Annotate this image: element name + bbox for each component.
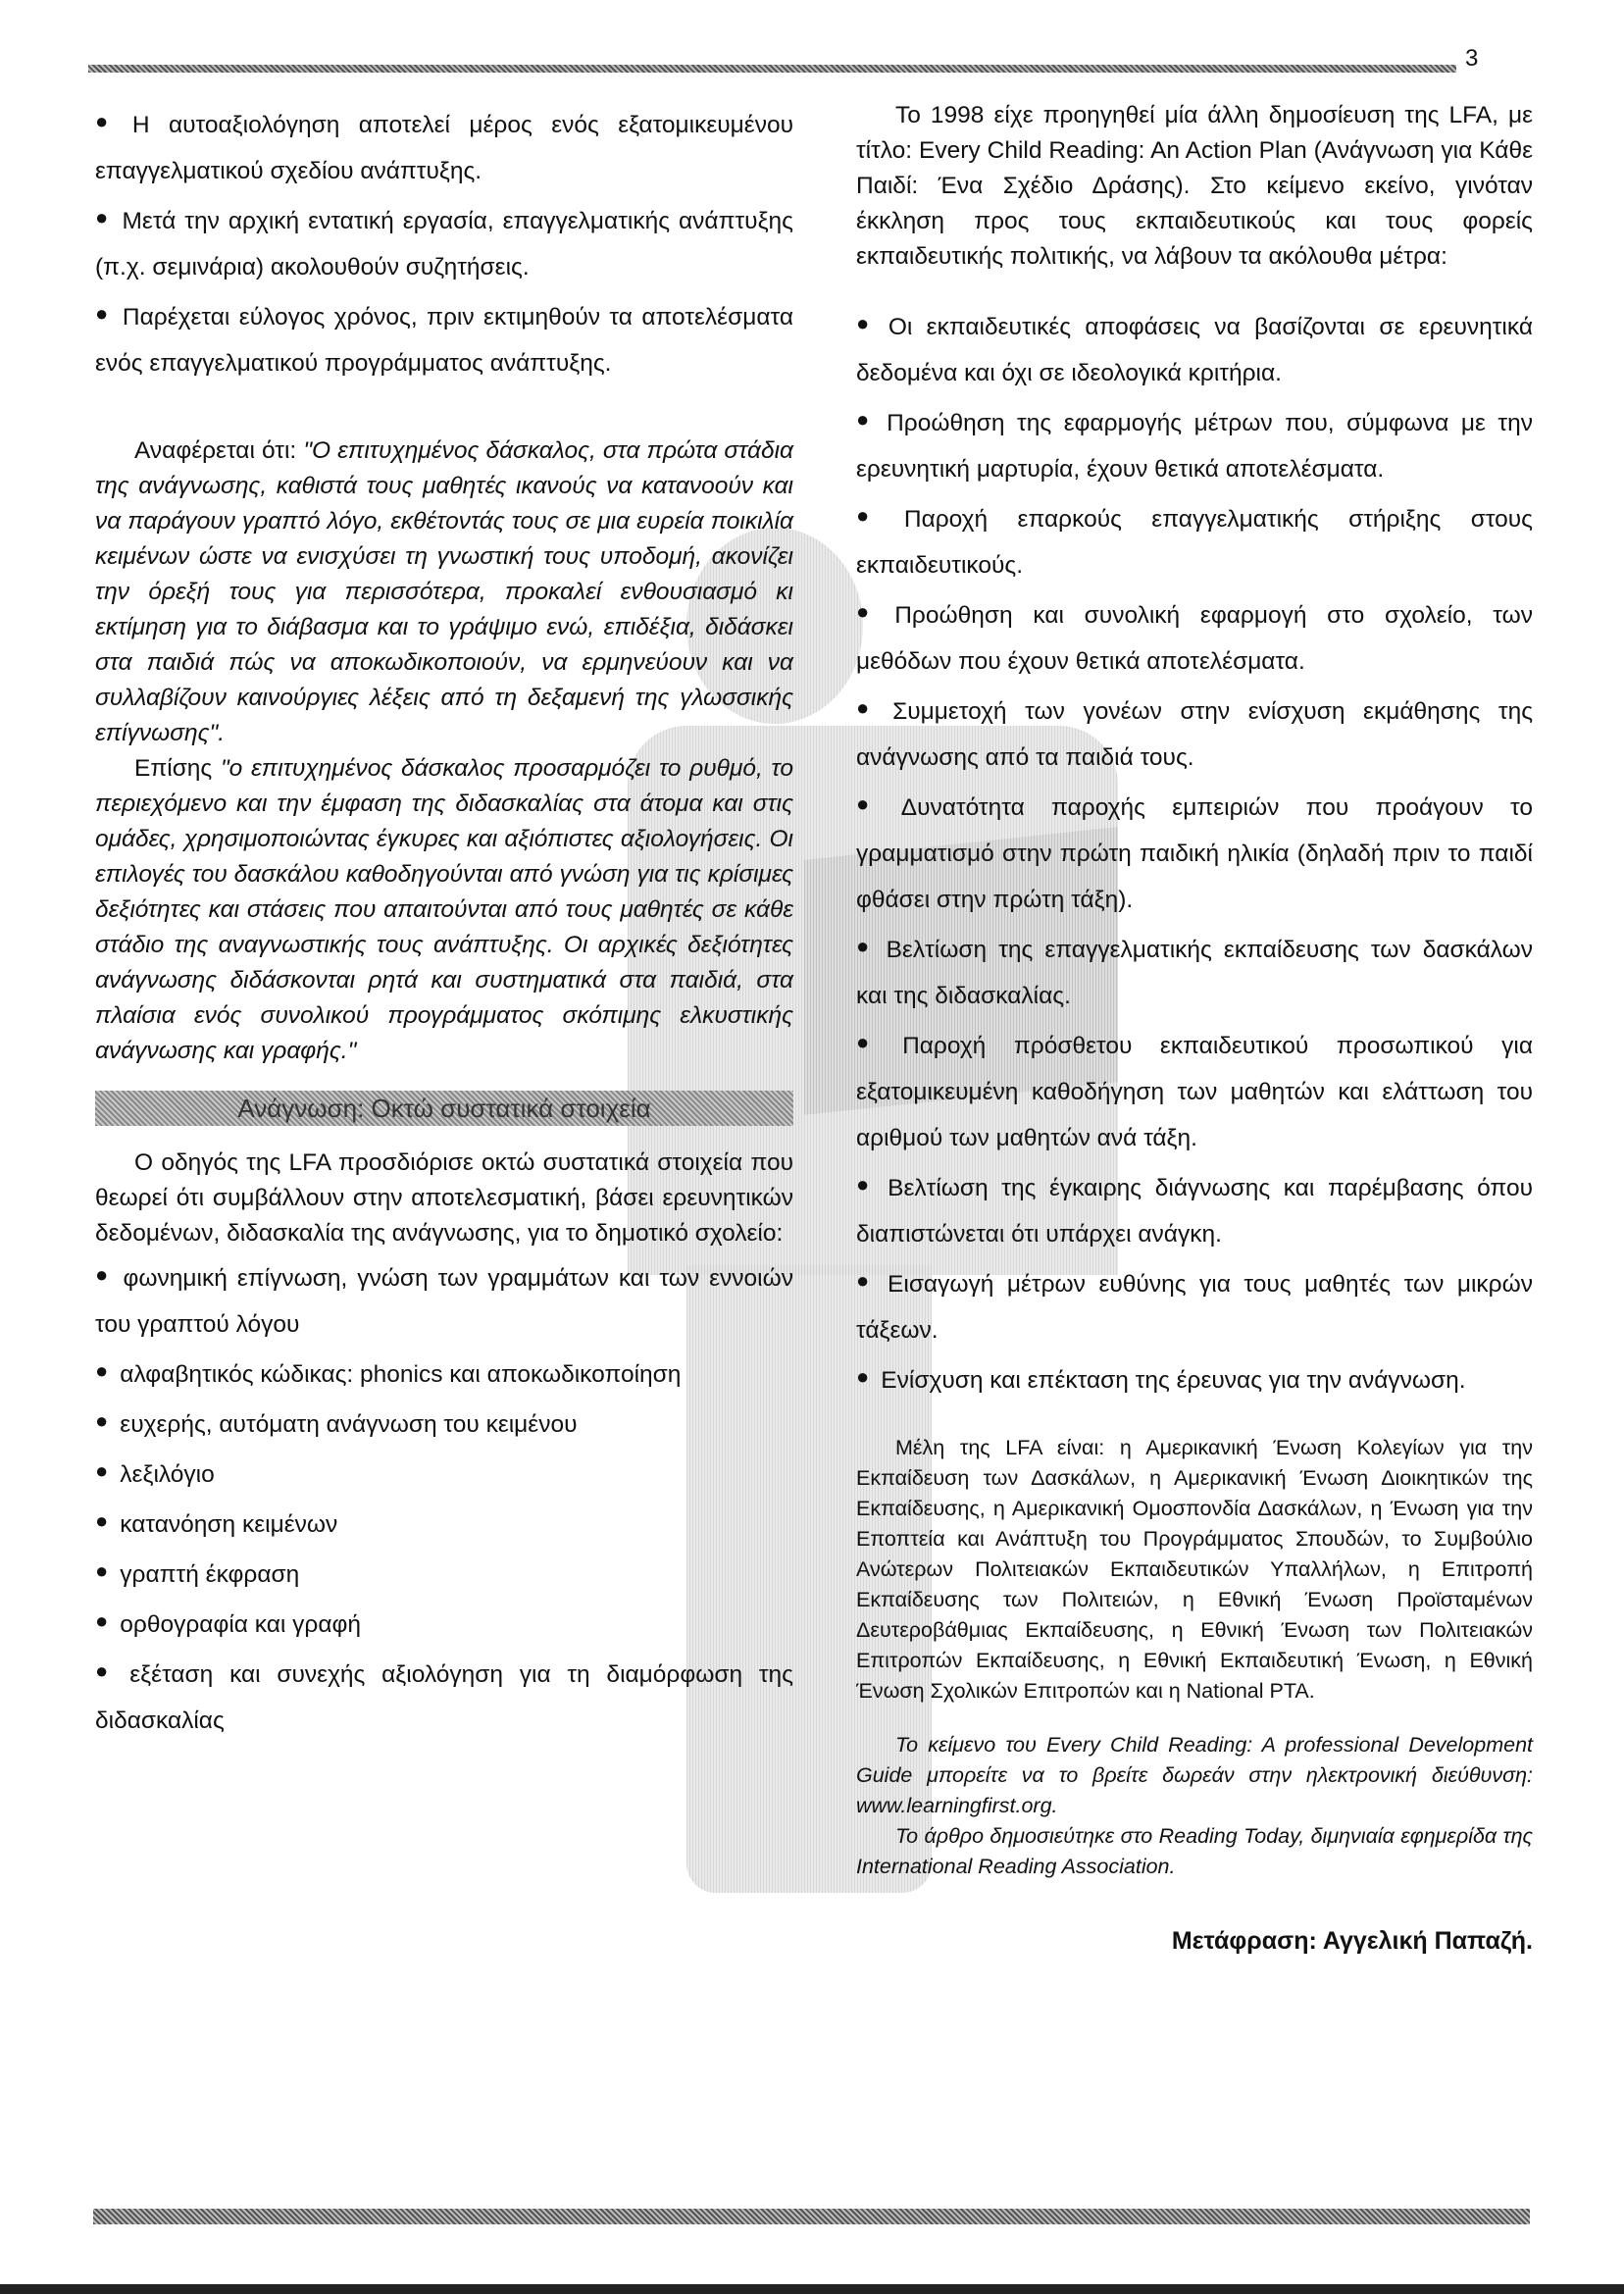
bullet-icon: ● <box>95 301 111 326</box>
quote-2-text: "ο επιτυχημένος δάσκαλος προσαρμόζει το … <box>95 755 793 1064</box>
list-item: ●Παροχή πρόσθετου εκπαιδευτικού προσωπικ… <box>856 1019 1533 1161</box>
list-item: ●αλφαβητικός κώδικας: phonics και αποκωδ… <box>95 1348 793 1398</box>
list-item: ●Προώθηση και συνολική εφαρμογή στο σχολ… <box>856 588 1533 685</box>
list-item: ●Μετά την αρχική εντατική εργασία, επαγγ… <box>95 194 793 290</box>
right-intro: Το 1998 είχε προηγηθεί μία άλλη δημοσίευ… <box>856 98 1533 275</box>
bullet-icon: ● <box>95 1358 108 1383</box>
list-item: ●Συμμετοχή των γονέων στην ενίσχυση εκμά… <box>856 685 1533 781</box>
bullet-icon: ● <box>856 599 883 624</box>
list-item-text: Δυνατότητα παροχής εμπειριών που προάγου… <box>856 794 1533 913</box>
quote-2-lead: Επίσης <box>134 755 221 782</box>
bullet-icon: ● <box>95 205 110 229</box>
left-column: ●Η αυτοαξιολόγηση αποτελεί μέρος ενός εξ… <box>95 98 793 1744</box>
list-item-text: Συμμετοχή των γονέων στην ενίσχυση εκμάθ… <box>856 698 1533 771</box>
bullet-icon: ● <box>856 934 875 958</box>
right-column: Το 1998 είχε προηγηθεί μία άλλη δημοσίευ… <box>856 98 1533 1954</box>
list-item: ●λεξιλόγιο <box>95 1448 793 1498</box>
footer-rule <box>93 2209 1530 2224</box>
list-item-text: Ενίσχυση και επέκταση της έρευνας για τη… <box>881 1367 1465 1394</box>
bullet-icon: ● <box>856 1364 869 1389</box>
list-item-text: Παροχή επαρκούς επαγγελματικής στήριξης … <box>856 506 1533 579</box>
list-item-text: Βελτίωση της έγκαιρης διάγνωσης και παρέ… <box>856 1175 1533 1248</box>
list-item: ●γραπτή έκφραση <box>95 1548 793 1598</box>
bullet-icon: ● <box>856 1172 876 1197</box>
list-item: ●Βελτίωση της επαγγελματικής εκπαίδευσης… <box>856 923 1533 1019</box>
quote-paragraph-2: Επίσης "ο επιτυχημένος δάσκαλος προσαρμό… <box>95 751 793 1069</box>
bullet-icon: ● <box>856 503 892 528</box>
section-intro: Ο οδηγός της LFA προσδιόρισε οκτώ συστατ… <box>95 1146 793 1251</box>
bullet-icon: ● <box>856 1030 890 1054</box>
publication-note: Το άρθρο δημοσιεύτηκε στο Reading Today,… <box>856 1821 1533 1882</box>
list-item-text: φωνημική επίγνωση, γνώση των γραμμάτων κ… <box>95 1265 793 1338</box>
list-item-text: Προώθηση και συνολική εφαρμογή στο σχολε… <box>856 602 1533 675</box>
source-note: Το κείμενο του Every Child Reading: A pr… <box>856 1730 1533 1821</box>
list-item: ●Οι εκπαιδευτικές αποφάσεις να βασίζοντα… <box>856 300 1533 396</box>
members-note: Μέλη της LFA είναι: η Αμερικανική Ένωση … <box>856 1433 1533 1707</box>
list-item: ●ευχερής, αυτόματη ανάγνωση του κειμένου <box>95 1398 793 1448</box>
bullet-icon: ● <box>95 1658 118 1683</box>
bullet-icon: ● <box>95 1608 108 1633</box>
list-item: ●ορθογραφία και γραφή <box>95 1598 793 1648</box>
page-number: 3 <box>1465 45 1478 73</box>
bullet-icon: ● <box>95 1508 108 1533</box>
list-item-text: ευχερής, αυτόματη ανάγνωση του κειμένου <box>120 1411 577 1438</box>
measures-list: ●Οι εκπαιδευτικές αποφάσεις να βασίζοντα… <box>856 300 1533 1403</box>
quote-paragraph-1: Αναφέρεται ότι: "Ο επιτυχημένος δάσκαλος… <box>95 433 793 751</box>
scan-edge <box>0 2284 1624 2294</box>
list-item: ●Εισαγωγή μέτρων ευθύνης για τους μαθητέ… <box>856 1257 1533 1353</box>
bullet-icon: ● <box>95 109 121 133</box>
intro-bullet-list: ●Η αυτοαξιολόγηση αποτελεί μέρος ενός εξ… <box>95 98 793 386</box>
list-item-text: Η αυτοαξιολόγηση αποτελεί μέρος ενός εξα… <box>95 112 793 184</box>
list-item-text: ορθογραφία και γραφή <box>120 1611 361 1638</box>
list-item-text: Οι εκπαιδευτικές αποφάσεις να βασίζονται… <box>856 314 1533 386</box>
list-item: ●Η αυτοαξιολόγηση αποτελεί μέρος ενός εξ… <box>95 98 793 194</box>
list-item: ●Προώθηση της εφαρμογής μέτρων που, σύμφ… <box>856 396 1533 492</box>
bullet-icon: ● <box>856 1268 876 1293</box>
list-item-text: Παροχή πρόσθετου εκπαιδευτικού προσωπικο… <box>856 1033 1533 1151</box>
quote-1-lead: Αναφέρεται ότι: <box>134 437 303 464</box>
list-item-text: Παρέχεται εύλογος χρόνος, πριν εκτιμηθού… <box>95 304 793 377</box>
bullet-icon: ● <box>95 1408 108 1433</box>
list-item-text: εξέταση και συνεχής αξιολόγηση για τη δι… <box>95 1661 793 1734</box>
list-item: ●Παρέχεται εύλογος χρόνος, πριν εκτιμηθο… <box>95 290 793 386</box>
header-rule <box>88 65 1456 73</box>
bullet-icon: ● <box>95 1458 108 1483</box>
list-item-text: Προώθηση της εφαρμογής μέτρων που, σύμφω… <box>856 410 1533 483</box>
list-item: ●Βελτίωση της έγκαιρης διάγνωσης και παρ… <box>856 1161 1533 1257</box>
bullet-icon: ● <box>856 407 875 432</box>
list-item: ●εξέταση και συνεχής αξιολόγηση για τη δ… <box>95 1648 793 1744</box>
list-item: ●κατανόηση κειμένων <box>95 1498 793 1548</box>
list-item: ●Παροχή επαρκούς επαγγελματικής στήριξης… <box>856 492 1533 588</box>
list-item-text: αλφαβητικός κώδικας: phonics και αποκωδι… <box>120 1361 681 1388</box>
list-item: ●Ενίσχυση και επέκταση της έρευνας για τ… <box>856 1353 1533 1403</box>
list-item: ●Δυνατότητα παροχής εμπειριών που προάγο… <box>856 781 1533 923</box>
translation-credit: Μετάφραση: Αγγελική Παπαζή. <box>856 1929 1533 1954</box>
bullet-icon: ● <box>856 311 877 335</box>
quote-1-text: "Ο επιτυχημένος δάσκαλος, στα πρώτα στάδ… <box>95 437 793 746</box>
list-item-text: Εισαγωγή μέτρων ευθύνης για τους μαθητές… <box>856 1271 1533 1344</box>
list-item-text: λεξιλόγιο <box>120 1461 214 1488</box>
list-item: ●φωνημική επίγνωση, γνώση των γραμμάτων … <box>95 1251 793 1348</box>
list-item-text: κατανόηση κειμένων <box>120 1511 337 1538</box>
bullet-icon: ● <box>856 695 881 720</box>
bullet-icon: ● <box>95 1558 108 1583</box>
list-item-text: Μετά την αρχική εντατική εργασία, επαγγε… <box>95 208 793 280</box>
components-list: ●φωνημική επίγνωση, γνώση των γραμμάτων … <box>95 1251 793 1744</box>
list-item-text: γραπτή έκφραση <box>120 1561 299 1588</box>
bullet-icon: ● <box>95 1262 112 1287</box>
section-heading: Ανάγνωση: Οκτώ συστατικά στοιχεία <box>95 1091 793 1126</box>
list-item-text: Βελτίωση της επαγγελματικής εκπαίδευσης … <box>856 937 1533 1009</box>
bullet-icon: ● <box>856 791 889 816</box>
